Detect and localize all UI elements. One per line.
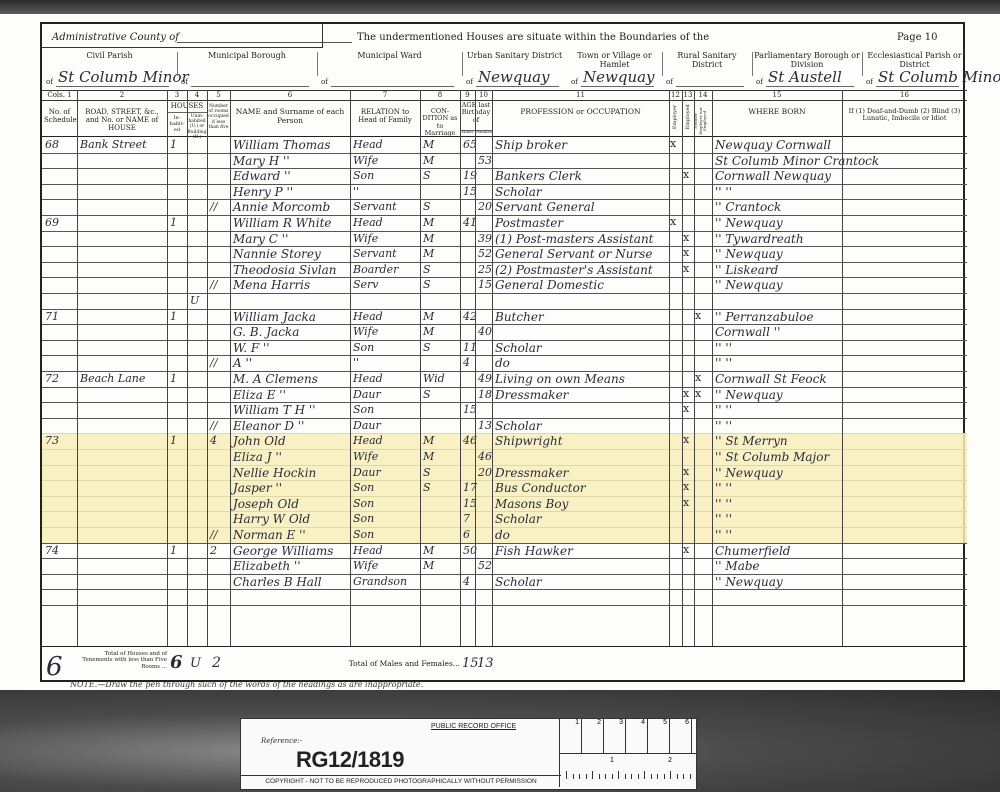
cell-schedule: 72 [45,372,59,385]
cell-female: 39 [478,232,492,245]
column-number: 2 [77,91,167,99]
ruler-inch: 1 [610,757,614,764]
cell-relation: Boarder [353,263,398,276]
cell-occupation: Bus Conductor [495,481,586,495]
cell-born: '' '' [715,481,732,495]
cell-employer: x [670,215,676,228]
cell-female: 53 [478,154,492,167]
table-row[interactable]: Jasper ''SonS17Bus Conductorx'' '' [42,480,967,496]
cell-occupation: Postmaster [495,216,563,230]
column-number: 4 [187,91,207,99]
cell-schedule: 69 [45,216,59,229]
cell-employed: x [683,231,689,244]
cell-schedule: 71 [45,310,59,323]
district-value: Newquay [478,68,550,86]
of-label: of [321,78,328,86]
table-row[interactable]: Mary C ''WifeM39(1) Post-masters Assista… [42,231,967,247]
cell-occupation: Scholar [495,419,542,433]
cell-name: G. B. Jacka [233,325,299,339]
district-label: Municipal Borough [177,51,317,60]
cell-name: William Thomas [233,138,330,152]
cell-employed: x [683,543,689,556]
cell-occupation: Butcher [495,310,544,324]
table-row[interactable]: Elizabeth ''WifeM52'' Mabe [42,558,967,574]
cell-employed: x [683,387,689,400]
cell-employed: x [683,433,689,446]
district-label: Ecclesiastical Parish or District [862,51,967,69]
cell-name: George Williams [233,544,333,558]
cell-inhabited: 1 [170,310,177,323]
cell-name: Mary C '' [233,232,288,246]
cell-condition: S [423,263,431,276]
cell-neither: x [695,387,701,400]
cell-road: Beach Lane [80,372,145,385]
table-row[interactable]: 711William JackaHeadM42Butcherx'' Perran… [42,309,967,325]
cell-schedule: 68 [45,138,59,151]
cell-male: 4 [463,356,470,369]
cell-relation: Head [353,544,383,557]
cell-born: '' Tywardreath [715,232,804,246]
ruler-cm: 5 [648,719,670,753]
cell-born: '' '' [715,403,732,417]
cell-born: St Columb Minor Crantock [715,154,879,168]
cell-neither: x [695,371,701,384]
cell-born: Chumerfield [715,544,790,558]
column-number: 3 [167,91,187,99]
cell-condition: M [423,325,434,338]
males-header: Males [460,130,475,135]
footnote: NOTE.—Draw the pen through such of the w… [70,680,423,689]
cell-name: Jasper '' [233,481,282,495]
table-row[interactable]: Henry P ''''15Scholar'' '' [42,184,967,200]
table-row[interactable]: 7314John OldHeadM46Shipwrightx'' St Merr… [42,433,967,449]
cell-occupation: do [495,356,510,370]
females-header: Females [475,130,492,135]
cell-relation: Wife [353,450,378,463]
copyright-notice: COPYRIGHT - NOT TO BE REPRODUCED PHOTOGR… [241,775,561,785]
cell-born: '' '' [715,356,732,370]
cell-occupation: Scholar [495,512,542,526]
column-number: 5 [207,91,230,99]
cell-relation: Daur [353,419,381,432]
cell-condition: M [423,544,434,557]
cell-born: '' '' [715,419,732,433]
cell-female: 25 [478,263,492,276]
cell-born: '' St Merryn [715,434,788,448]
column-header: No. of Schedule [44,108,75,124]
cell-name: William Jacka [233,310,316,324]
cell-name: W. F '' [233,341,270,355]
district-label: Town or Village or Hamlet [567,51,662,69]
cell-rooms: 4 [210,434,217,447]
table-row[interactable]: Edward ''SonS19Bankers ClerkxCornwall Ne… [42,168,967,184]
table-row[interactable]: //Norman E ''Son6do'' '' [42,527,967,543]
district-value: St Columb Minor [878,68,1000,86]
cell-rooms: // [210,200,217,213]
cell-born: '' Perranzabuloe [715,310,813,324]
column-number: 6 [230,91,350,99]
cell-name: Joseph Old [233,497,299,511]
cell-male: 6 [463,528,470,541]
cell-born: '' Mabe [715,559,760,573]
cell-employed: x [683,246,689,259]
cell-condition: M [423,232,434,245]
ruler-inch: 2 [668,757,672,764]
column-header: CON-DITION as to Marriage [422,108,458,138]
cell-condition: S [423,341,431,354]
cell-name: Theodosia Sivlan [233,263,337,277]
table-row[interactable]: W. F ''SonS11Scholar'' '' [42,340,967,356]
of-label: of [466,78,473,86]
ruler-cm: 2 [582,719,604,753]
cell-employed: x [683,168,689,181]
cell-female: 20 [478,466,492,479]
cell-relation: Son [353,341,374,354]
cell-condition: S [423,278,431,291]
of-label: of [571,78,578,86]
table-row[interactable] [42,589,967,605]
cell-relation: '' [353,356,359,369]
table-row[interactable]: //Mena HarrisServS15General Domestic'' N… [42,277,967,293]
cell-rooms: // [210,356,217,369]
cell-born: '' Newquay [715,216,783,230]
cell-born: '' Newquay [715,388,783,402]
cell-relation: Serv [353,278,379,291]
cell-born: '' Newquay [715,278,783,292]
district-label: Rural Sanitary District [662,51,752,69]
cell-schedule: 74 [45,544,59,557]
district-label: Urban Sanitary District [462,51,567,60]
cell-rooms: 2 [210,544,217,557]
cell-born: '' Liskeard [715,263,778,277]
cell-occupation: (2) Postmaster's Assistant [495,263,653,277]
cell-female: 18 [478,388,492,401]
cell-male: 4 [463,575,470,588]
age-header: AGE last Birthday of [460,102,492,124]
table-row[interactable]: Theodosia SivlanBoarderS25(2) Postmaster… [42,262,967,278]
cell-name: Nellie Hockin [233,466,316,480]
cell-born: '' Newquay [715,247,783,261]
persons-total-label: Total of Males and Females... [332,660,460,669]
total-females: 13 [477,656,494,671]
cell-condition: S [423,481,431,494]
scale-ruler: 12345612 [559,719,696,787]
cell-condition: M [423,434,434,447]
cell-name: Charles B Hall [233,575,322,589]
cell-relation: Wife [353,154,378,167]
cell-relation: Servant [353,200,397,213]
column-header: PROFESSION or OCCUPATION [494,108,667,117]
admin-county-label: Administrative County of [52,32,179,44]
cell-name: Annie Morcomb [233,200,330,214]
reference-code: RG12/1819 [296,747,404,773]
cell-born: '' St Columb Major [715,450,829,464]
table-row[interactable]: Charles B HallGrandson4Scholar'' Newquay [42,574,967,590]
cell-rooms: // [210,419,217,432]
cell-occupation: Living on own Means [495,372,625,386]
cell-rooms: // [210,278,217,291]
column-number: 16 [842,91,967,99]
cell-relation: Daur [353,466,381,479]
cell-female: 15 [478,278,492,291]
cell-occupation: Bankers Clerk [495,169,582,183]
column-number: 8 [420,91,460,99]
cell-born: '' '' [715,185,732,199]
cell-female: 13 [478,419,492,432]
table-row[interactable]: Joseph OldSon15Masons Boyx'' '' [42,496,967,512]
table-row[interactable]: G. B. JackaWifeM40Cornwall '' [42,324,967,340]
cell-name: Harry W Old [233,512,310,526]
table-row[interactable]: Eliza E ''DaurS18Dressmakerxx'' Newquay [42,387,967,403]
cell-employed: x [683,480,689,493]
ruler-cm: 6 [670,719,692,753]
employment-header: Neither Employer nor Employed [694,104,708,138]
cell-occupation: Servant General [495,200,595,214]
cell-female: 52 [478,559,492,572]
cell-relation: Son [353,512,374,525]
cell-relation: Grandson [353,575,407,588]
table-row[interactable]: 691William R WhiteHeadM41Postmasterx'' N… [42,215,967,231]
cell-name: Norman E '' [233,528,306,542]
rooms-header: Number of rooms occupied if less than fi… [207,104,230,130]
cell-male: 7 [463,512,470,525]
cell-relation: Son [353,169,374,182]
column-header: If (1) Deaf-and-Dumb (2) Blind (3) Lunat… [844,108,965,123]
table-row[interactable]: //A ''''4do'' '' [42,355,967,371]
table-row[interactable]: Eliza J ''WifeM46'' St Columb Major [42,449,967,465]
cell-employed: x [683,465,689,478]
cell-inhabited: 1 [170,372,177,385]
cell-condition: M [423,216,434,229]
cell-employed: x [683,402,689,415]
cell-born: Cornwall '' [715,325,780,339]
column-number: 10 [475,91,492,99]
employment-header: Employer [673,100,679,134]
cell-name: Henry P '' [233,185,293,199]
cell-occupation: Fish Hawker [495,544,573,558]
cell-occupation: Scholar [495,575,542,589]
column-number: 15 [712,91,842,99]
cell-neither: x [695,309,701,322]
table-row[interactable]: //Eleanor D ''Daur13Scholar'' '' [42,418,967,434]
cell-inhabited: 1 [170,138,177,151]
cell-road: Bank Street [80,138,147,151]
cell-unin: U [190,294,199,307]
cell-condition: M [423,450,434,463]
cell-name: M. A Clemens [233,372,318,386]
cell-condition: M [423,138,434,151]
cell-born: '' Newquay [715,466,783,480]
ruler-cm: 4 [626,719,648,753]
table-row[interactable]: 7412George WilliamsHeadM50Fish HawkerxCh… [42,543,967,559]
cell-relation: Head [353,434,383,447]
cell-name: William T H '' [233,403,316,417]
cell-condition: M [423,247,434,260]
cell-born: '' Crantock [715,200,781,214]
table-row[interactable]: William T H ''Son15x'' '' [42,402,967,418]
cell-schedule: 73 [45,434,59,447]
cell-born: '' '' [715,528,732,542]
cell-relation: Son [353,528,374,541]
cell-relation: Son [353,481,374,494]
cell-occupation: Shipwright [495,434,563,448]
table-row[interactable]: 68Bank Street1William ThomasHeadM65Ship … [42,137,967,153]
district-value: St Columb Minor [58,68,189,86]
district-value: Newquay [583,68,655,86]
cell-born: '' '' [715,341,732,355]
cell-born: Newquay Cornwall [715,138,831,152]
cell-condition: S [423,169,431,182]
ruler-cm: 3 [604,719,626,753]
column-number: Cols. 1 [42,91,77,99]
cell-occupation: Ship broker [495,138,567,152]
cell-condition: M [423,310,434,323]
cell-born: '' '' [715,512,732,526]
column-header: RELATION to Head of Family [352,108,418,124]
cell-relation: Wife [353,232,378,245]
cell-born: Cornwall St Feock [715,372,827,386]
cell-occupation: General Servant or Nurse [495,247,652,261]
cell-female: 40 [478,325,492,338]
cell-inhabited: 1 [170,544,177,557]
census-form: Administrative County of The undermentio… [40,22,965,682]
cell-name: Elizabeth '' [233,559,301,573]
cell-condition: Wid [423,372,445,385]
table-row[interactable]: U [42,293,967,309]
cell-name: William R White [233,216,332,230]
column-number: 11 [492,91,669,99]
cell-occupation: Scholar [495,185,542,199]
cell-name: A '' [233,356,252,370]
cell-condition: S [423,200,431,213]
cell-condition: S [423,466,431,479]
employment-header: Employed [686,100,692,134]
cell-relation: '' [353,185,359,198]
total-inhabited: 6 [170,652,183,673]
district-label: Parliamentary Borough or Division [752,51,862,69]
cell-relation: Son [353,403,374,416]
cell-name: Eleanor D '' [233,419,304,433]
cell-relation: Wife [353,325,378,338]
column-number: 7 [350,91,420,99]
inhabited-header: In-habit-ed [167,116,187,133]
table-row[interactable]: 72Beach Lane1M. A ClemensHeadWid49Living… [42,371,967,387]
cell-relation: Daur [353,388,381,401]
table-row[interactable]: Nellie HockinDaurS20Dressmakerx'' Newqua… [42,465,967,481]
total-uninhabited: U [190,656,201,671]
cell-female: 52 [478,247,492,260]
column-header: ROAD, STREET, &c., and No. or NAME of HO… [79,108,165,132]
cell-occupation: (1) Post-masters Assistant [495,232,654,246]
cell-occupation: do [495,528,510,542]
cell-occupation: General Domestic [495,278,604,292]
cell-employer: x [670,137,676,150]
column-number: 12 [669,91,682,99]
table-row[interactable]: Mary H ''WifeM53St Columb Minor Crantock [42,153,967,169]
cell-name: Eliza E '' [233,388,286,402]
cell-relation: Head [353,310,383,323]
cell-female: 46 [478,450,492,463]
cell-condition: M [423,154,434,167]
cell-name: Mena Harris [233,278,310,292]
cell-name: Eliza J '' [233,450,282,464]
of-label: of [666,78,673,86]
cell-female: 20 [478,200,492,213]
cell-employed: x [683,262,689,275]
cell-relation: Head [353,372,383,385]
district-label: Civil Parish [42,51,177,60]
column-number: 14 [694,91,712,99]
cell-condition: S [423,388,431,401]
district-value: St Austell [768,68,842,86]
column-number: 13 [682,91,694,99]
district-label: Municipal Ward [317,51,462,60]
of-label: of [866,78,873,86]
table-row[interactable]: Harry W OldSon7Scholar'' '' [42,511,967,527]
cell-occupation: Dressmaker [495,466,568,480]
of-label: of [181,78,188,86]
page-number: Page 10 [897,32,937,44]
cell-relation: Wife [353,559,378,572]
cell-relation: Son [353,497,374,510]
cell-name: Mary H '' [233,154,290,168]
cell-rooms: // [210,528,217,541]
cell-employed: x [683,496,689,509]
cell-name: Edward '' [233,169,291,183]
cell-relation: Servant [353,247,397,260]
boundaries-text: The undermentioned Houses are situate wi… [357,32,709,44]
cell-condition: M [423,559,434,572]
cell-born: '' '' [715,497,732,511]
reference-slip: PUBLIC RECORD OFFICE Reference:- RG12/18… [240,718,697,790]
column-number: 9 [460,91,475,99]
houses-total-label: Total of Houses and of Tenements with le… [82,651,167,670]
cell-born: Cornwall Newquay [715,169,831,183]
cell-female: 49 [478,372,492,385]
column-header: NAME and Surname of each Person [232,108,348,125]
cell-born: '' Newquay [715,575,783,589]
cell-occupation: Masons Boy [495,497,568,511]
office-label: PUBLIC RECORD OFFICE [431,723,516,730]
cell-name: Nannie Storey [233,247,321,261]
total-schedules: 6 [46,652,63,682]
ruler-cm: 1 [560,719,582,753]
of-label: of [46,78,53,86]
cell-relation: Head [353,216,383,229]
cell-name: John Old [233,434,286,448]
of-label: of [756,78,763,86]
table-row[interactable]: //Annie MorcombServantS20Servant General… [42,199,967,215]
reference-label: Reference:- [261,737,302,745]
cell-occupation: Dressmaker [495,388,568,402]
total-rooms: 2 [212,655,221,671]
table-row[interactable]: Nannie StoreyServantM52General Servant o… [42,246,967,262]
cell-occupation: Scholar [495,341,542,355]
column-header: WHERE BORN [714,108,840,117]
cell-inhabited: 1 [170,434,177,447]
cell-inhabited: 1 [170,216,177,229]
cell-relation: Head [353,138,383,151]
